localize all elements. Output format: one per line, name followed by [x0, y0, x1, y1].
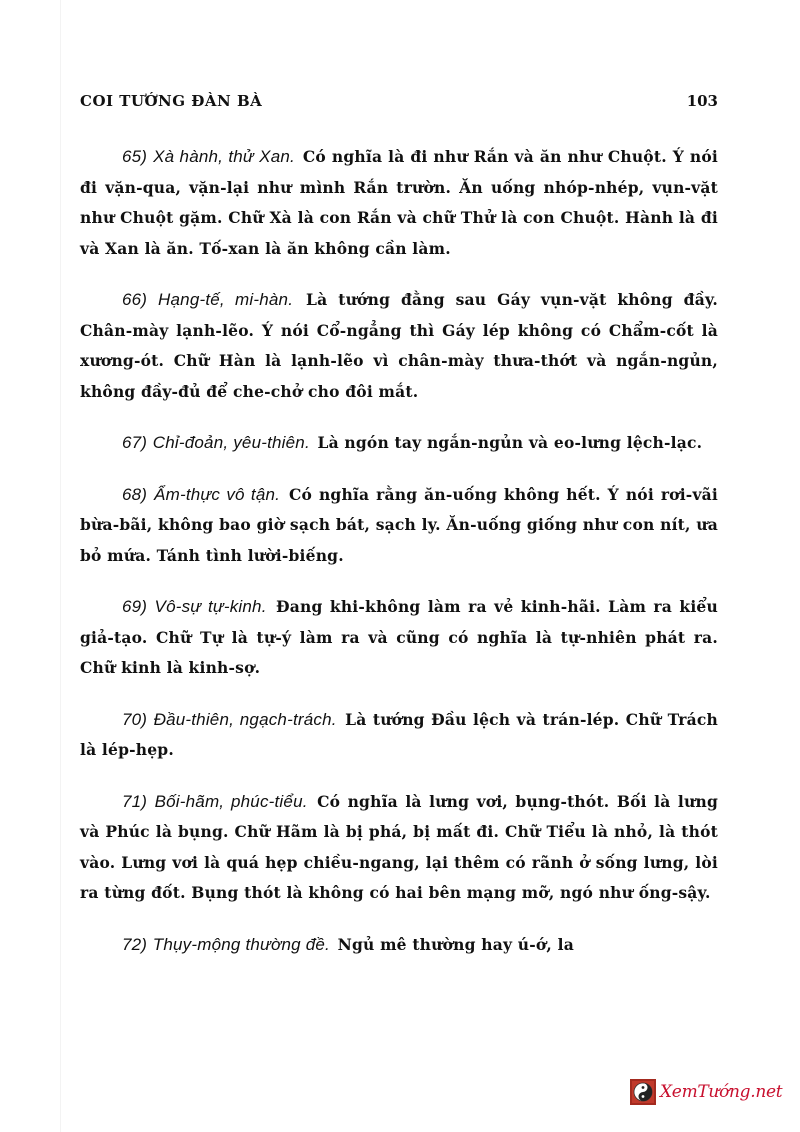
- entry-text: Ngủ mê thường hay ú-ớ, la: [338, 935, 574, 954]
- entry-number: 66): [122, 290, 147, 309]
- body-text: 65) Xà hành, thử Xan. Có nghĩa là đi như…: [80, 142, 718, 960]
- entry-71: 71) Bối-hãm, phúc-tiểu. Có nghĩa là lưng…: [80, 787, 718, 909]
- watermark[interactable]: XemTướng.net: [630, 1079, 782, 1105]
- entry-number: 70): [122, 710, 147, 729]
- entry-number: 68): [122, 485, 147, 504]
- entry-term: Vô-sự tự-kinh.: [155, 597, 267, 616]
- entry-70: 70) Đầu-thiên, ngạch-trách. Là tướng Đầu…: [80, 705, 718, 766]
- entry-number: 69): [122, 597, 147, 616]
- entry-67: 67) Chỉ-đoản, yêu-thiên. Là ngón tay ngắ…: [80, 428, 718, 459]
- entry-number: 72): [122, 935, 147, 954]
- page-number: 103: [687, 92, 718, 110]
- entry-66: 66) Hạng-tế, mi-hàn. Là tướng đằng sau G…: [80, 285, 718, 407]
- entry-number: 71): [122, 792, 147, 811]
- entry-term: Chỉ-đoản, yêu-thiên.: [153, 433, 310, 452]
- entry-text: Là ngón tay ngắn-ngủn và eo-lưng lệch-lạ…: [317, 433, 702, 452]
- entry-number: 67): [122, 433, 147, 452]
- page-header: COI TƯỚNG ĐÀN BÀ 103: [80, 86, 718, 116]
- entry-term: Ẩm-thực vô tận.: [154, 485, 280, 504]
- entry-72: 72) Thụy-mộng thường đề. Ngủ mê thường h…: [80, 930, 718, 961]
- entry-69: 69) Vô-sự tự-kinh. Đang khi-không làm ra…: [80, 592, 718, 684]
- yin-yang-icon: [630, 1079, 656, 1105]
- page-edge: [60, 0, 61, 1132]
- watermark-text: XemTướng.net: [660, 1082, 782, 1102]
- entry-65: 65) Xà hành, thử Xan. Có nghĩa là đi như…: [80, 142, 718, 264]
- running-title: COI TƯỚNG ĐÀN BÀ: [80, 92, 262, 110]
- entry-term: Hạng-tế, mi-hàn.: [158, 290, 293, 309]
- entry-number: 65): [122, 147, 147, 166]
- entry-term: Thụy-mộng thường đề.: [153, 935, 330, 954]
- entry-term: Xà hành, thử Xan.: [153, 147, 295, 166]
- entry-term: Bối-hãm, phúc-tiểu.: [155, 792, 308, 811]
- entry-68: 68) Ẩm-thực vô tận. Có nghĩa rằng ăn-uốn…: [80, 480, 718, 572]
- entry-term: Đầu-thiên, ngạch-trách.: [154, 710, 337, 729]
